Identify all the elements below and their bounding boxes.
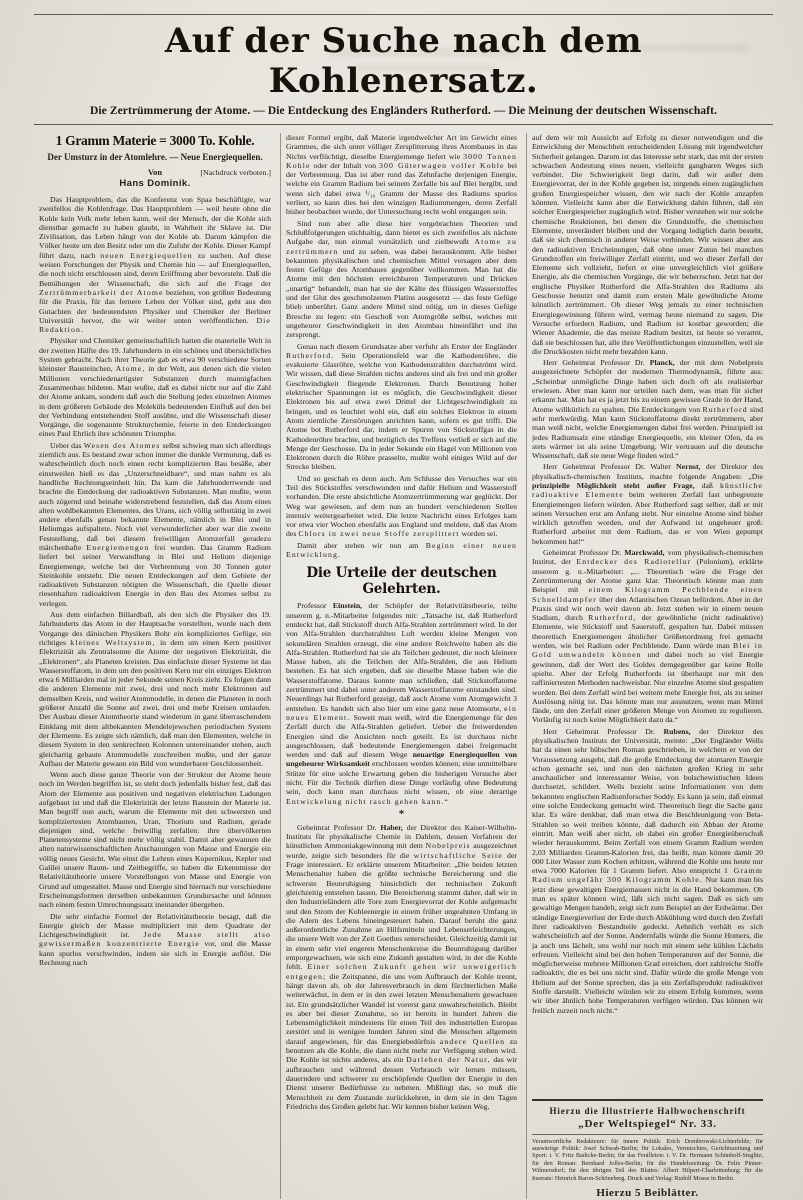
- article-paragraph: Das Hauptproblem, das die Konferenz von …: [39, 195, 271, 334]
- article-paragraph: Sind nun aber alle diese hier vorgebrach…: [286, 219, 517, 340]
- article-kicker: 1 Gramm Materie = 3000 To. Kohle.: [39, 133, 271, 149]
- article-paragraph: Die sehr einfache Formel der Relativität…: [39, 912, 271, 968]
- newspaper-page: Auf der Suche nach dem Kohlenersatz. Die…: [0, 0, 803, 1200]
- supplement-note: Hierzu 5 Beiblätter.: [532, 1187, 763, 1199]
- page-title: Auf der Suche nach dem Kohlenersatz.: [34, 21, 773, 101]
- bleedthrough-smudge: [355, 64, 495, 72]
- article-paragraph: Physiker und Chemiker gemeinschaftlich h…: [39, 336, 271, 438]
- reprint-notice: [Nachdruck verboten.]: [200, 168, 271, 177]
- article-paragraph-nernst: Herr Geheimrat Professor Dr. Walter Nern…: [532, 462, 763, 546]
- bleedthrough-smudge: [330, 48, 520, 57]
- supplement-box: Hierzu die Illustrierte Halbwochenschrif…: [532, 1099, 763, 1199]
- article-paragraph: auf dem wir mit Aussicht auf Erfolg zu d…: [532, 133, 763, 356]
- article-paragraph: Wenn auch diese ganze Theorie von der St…: [39, 770, 271, 909]
- header-rule: [34, 124, 773, 125]
- article-paragraph-rubens: Herr Geheimrat Professor Dr. Rubens, der…: [532, 727, 763, 1015]
- article-paragraph-marckwald: Geheimrat Professor Dr. Marckwald, vom p…: [532, 548, 763, 725]
- byline-von: Von: [148, 167, 162, 177]
- article-paragraph: Ueber das Wesen des Atomes selbst schwie…: [39, 441, 271, 608]
- column-right: auf dem wir mit Aussicht auf Erfolg zu d…: [526, 133, 772, 1199]
- article-paragraph: Genau nach diesem Grundsatze aber verfuh…: [286, 342, 517, 472]
- article-paragraph: dieser Formel ergibt, daß Materie irgend…: [286, 133, 517, 217]
- column-middle: dieser Formel ergibt, daß Materie irgend…: [280, 133, 526, 1199]
- bleedthrough-smudge: [600, 44, 750, 52]
- article-paragraph: Damit aber stehen wir nun am Beginn eine…: [286, 541, 517, 560]
- imprint-text: Verantwortliche Redakteure: für innere P…: [532, 1134, 763, 1182]
- star-divider: *: [286, 808, 517, 820]
- section-heading: Die Urteile der deutschen Gelehrten.: [286, 565, 517, 597]
- article-paragraph-einstein: Professor Einstein, der Schöpfer der Rel…: [286, 601, 517, 806]
- article-subtitle: Der Umsturz in der Atomlehre. — Neue Ene…: [39, 152, 271, 162]
- top-rule: [34, 14, 773, 15]
- article-paragraph-planck: Herr Geheimrat Professor Dr. Planck, der…: [532, 358, 763, 460]
- article-columns: 1 Gramm Materie = 3000 To. Kohle. Der Um…: [34, 133, 773, 1199]
- article-paragraph: Aus dem einfachen Billardball, als den s…: [39, 610, 271, 768]
- supplement-title: „Der Weltspiegel“ Nr. 33.: [532, 1118, 763, 1130]
- byline-row: Von [Nachdruck verboten.]: [39, 167, 271, 177]
- page-subtitle: Die Zertrümmerung der Atome. — Die Entde…: [34, 105, 773, 117]
- column-left: 1 Gramm Materie = 3000 To. Kohle. Der Um…: [34, 133, 280, 1199]
- article-paragraph: Und so geschah es denn auch. Am Schlusse…: [286, 474, 517, 539]
- supplement-announcement: Hierzu die Illustrierte Halbwochenschrif…: [532, 1106, 763, 1116]
- author-name: Hans Dominik.: [39, 178, 271, 189]
- column-right-text: auf dem wir mit Aussicht auf Erfolg zu d…: [532, 133, 763, 1094]
- article-paragraph-haber: Geheimrat Professor Dr. Haber, der Direk…: [286, 823, 517, 1111]
